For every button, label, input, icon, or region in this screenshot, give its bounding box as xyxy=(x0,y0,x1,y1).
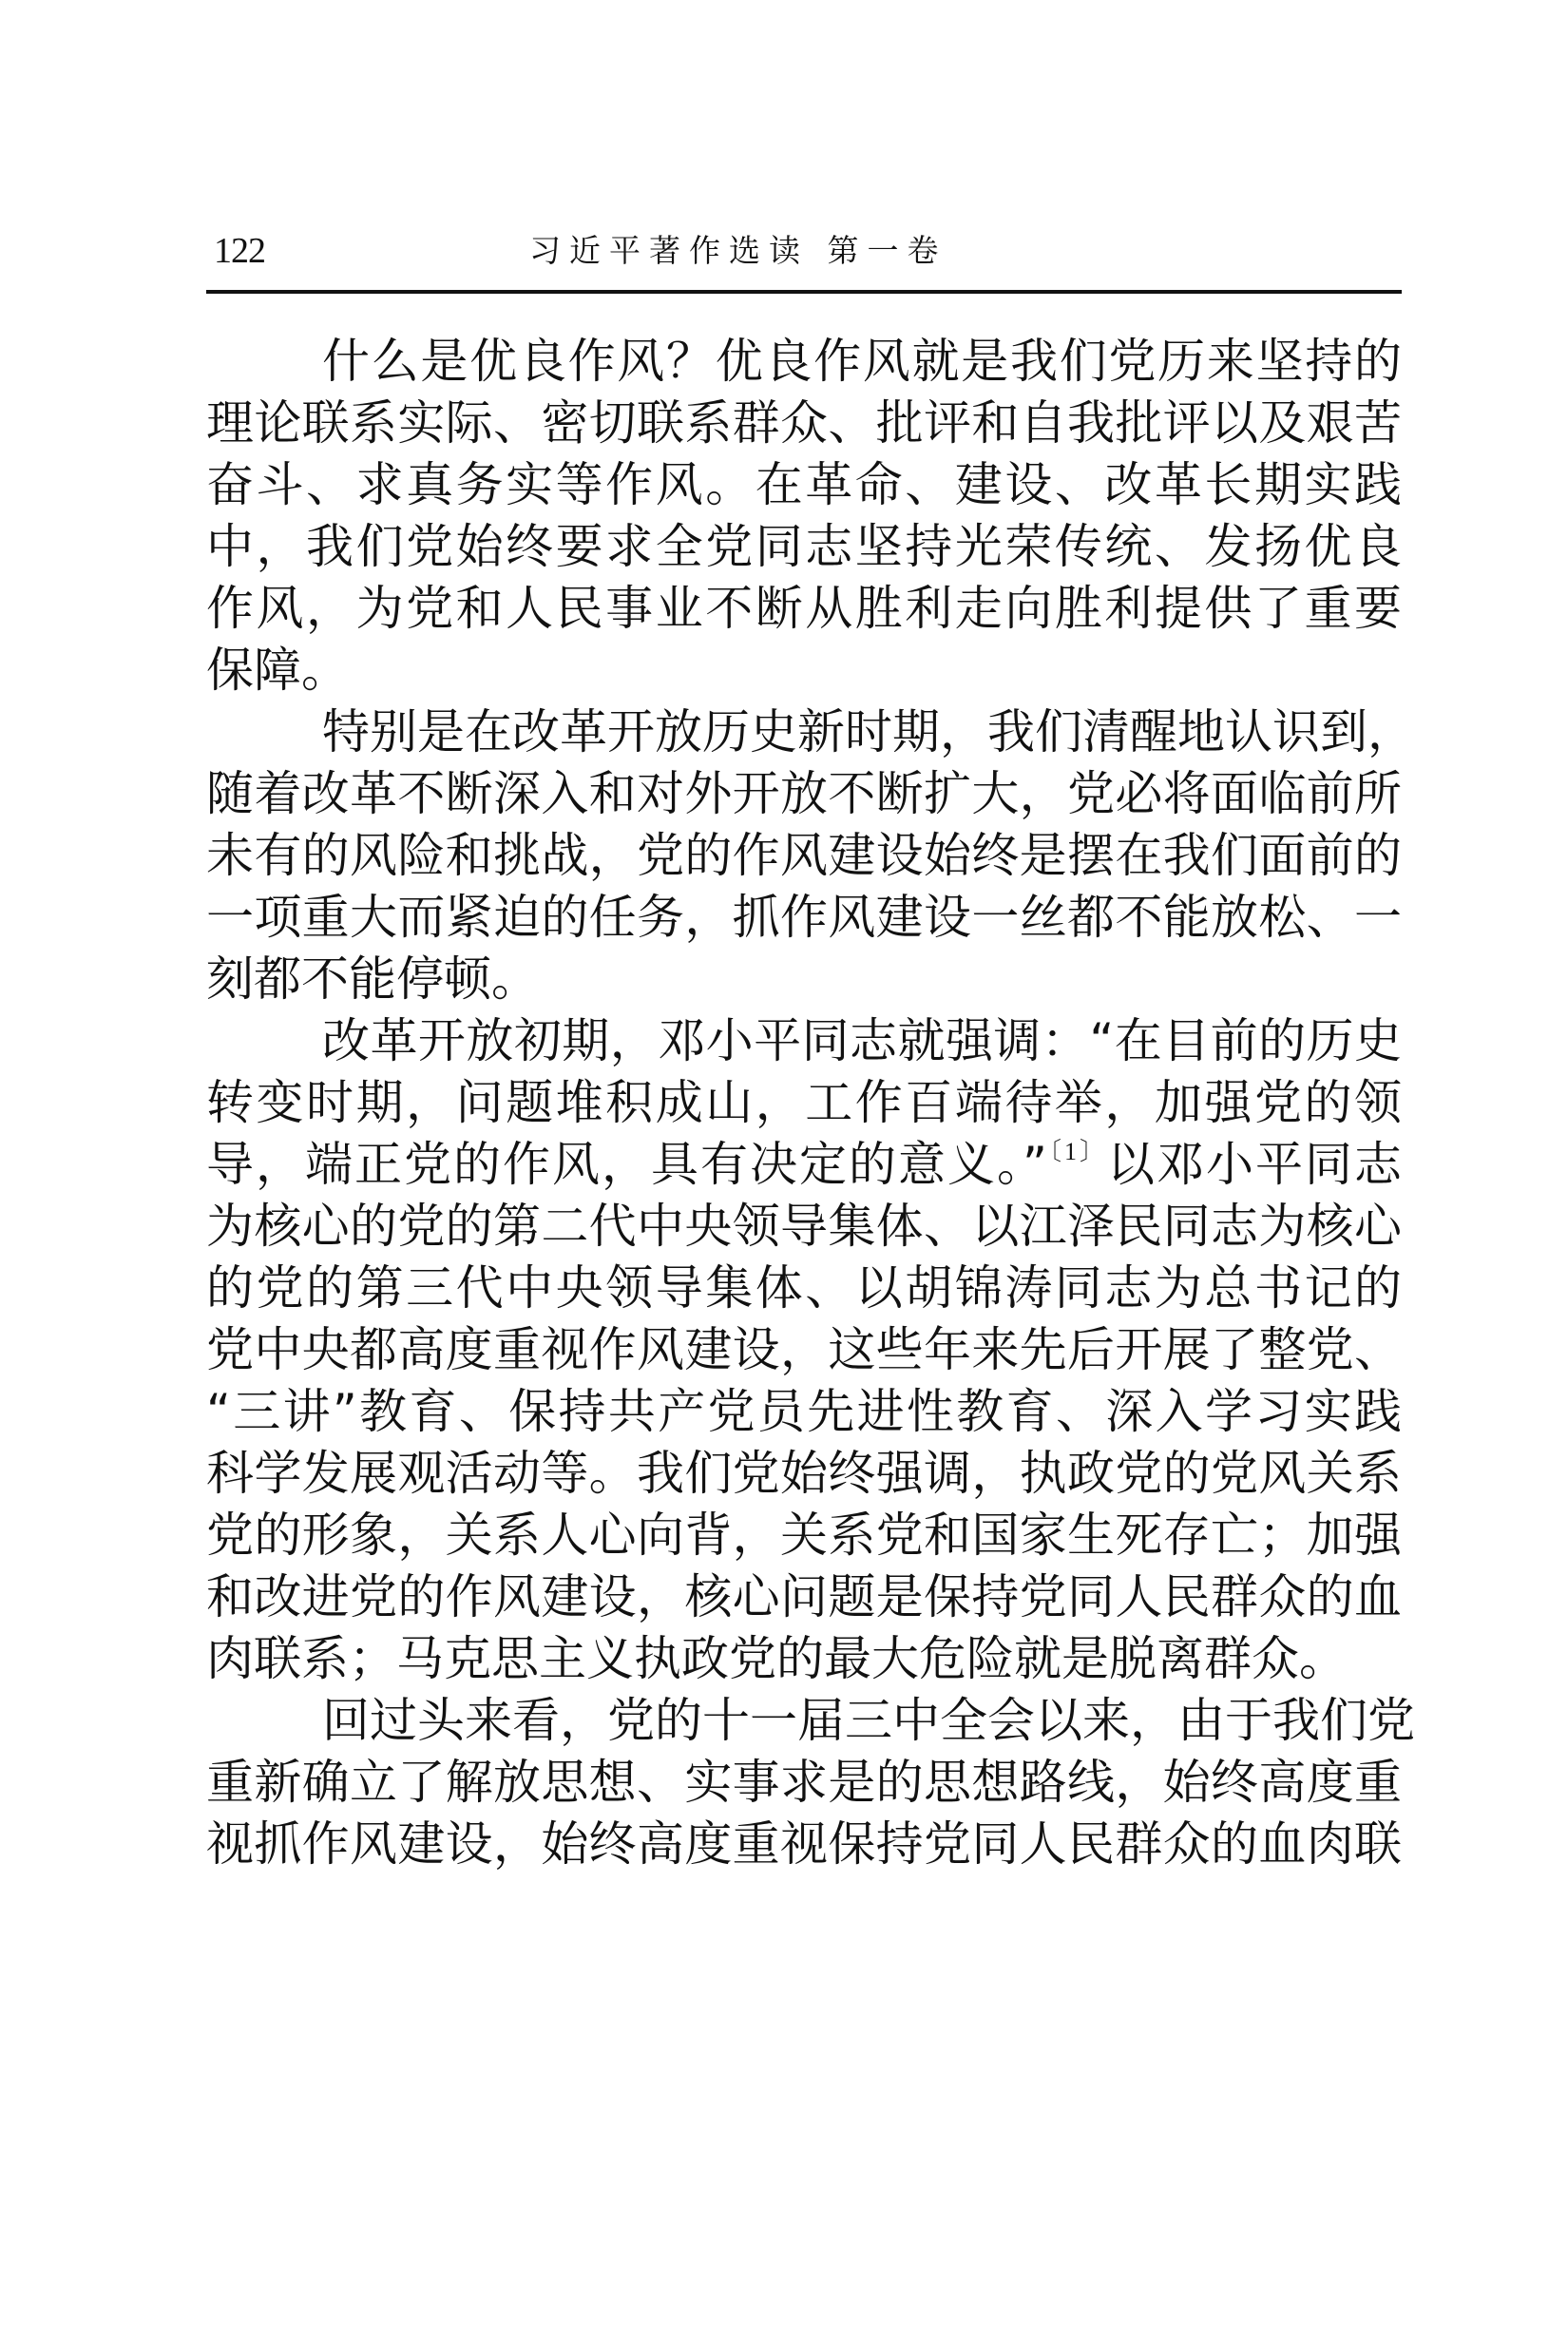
text-line: 刻都不能停顿。 xyxy=(206,949,1402,1010)
page-number: 122 xyxy=(214,226,265,276)
text-line: 为核心的党的第二代中央领导集体、以江泽民同志为核心 xyxy=(206,1196,1402,1258)
footnote-reference[interactable]: 〔1〕 xyxy=(1047,1138,1107,1165)
paragraph: 改革开放初期，邓小平同志就强调：“在目前的历史 转变时期，问题堆积成山，工作百端… xyxy=(206,1010,1402,1690)
book-title: 习近平著作选读 第一卷 xyxy=(529,226,1061,276)
text-line: 视抓作风建设，始终高度重视保持党同人民群众的血肉联 xyxy=(206,1814,1402,1875)
text-line-with-note: 导，端正党的作风，具有决定的意义。”〔1〕以邓小平同志 xyxy=(206,1134,1402,1196)
text-line: 特别是在改革开放历史新时期，我们清醒地认识到， xyxy=(206,701,1402,763)
text-line: 奋斗、求真务实等作风。在革命、建设、改革长期实践 xyxy=(206,454,1402,516)
text-line: 的党的第三代中央领导集体、以胡锦涛同志为总书记的 xyxy=(206,1258,1402,1319)
paragraph: 什么是优良作风？优良作风就是我们党历来坚持的 理论联系实际、密切联系群众、批评和… xyxy=(206,331,1402,701)
text-line: 改革开放初期，邓小平同志就强调：“在目前的历史 xyxy=(206,1010,1402,1072)
text-line: 未有的风险和挑战，党的作风建设始终是摆在我们面前的 xyxy=(206,825,1402,887)
text-line: 肉联系；马克思主义执政党的最大危险就是脱离群众。 xyxy=(206,1628,1402,1690)
text-line: 中，我们党始终要求全党同志坚持光荣传统、发扬优良 xyxy=(206,516,1402,578)
body-text: 什么是优良作风？优良作风就是我们党历来坚持的 理论联系实际、密切联系群众、批评和… xyxy=(206,331,1402,1875)
text-line: 一项重大而紧迫的任务，抓作风建设一丝都不能放松、一 xyxy=(206,887,1402,949)
quote-end-text: 导，端正党的作风，具有决定的意义。” xyxy=(206,1137,1047,1192)
text-line: 转变时期，问题堆积成山，工作百端待举，加强党的领 xyxy=(206,1072,1402,1134)
text-line: “三讲”教育、保持共产党员先进性教育、深入学习实践 xyxy=(206,1381,1402,1443)
text-line: 党的形象，关系人心向背，关系党和国家生死存亡；加强 xyxy=(206,1505,1402,1566)
text-line: 理论联系实际、密切联系群众、批评和自我批评以及艰苦 xyxy=(206,393,1402,454)
paragraph: 回过头来看，党的十一届三中全会以来，由于我们党 重新确立了解放思想、实事求是的思… xyxy=(206,1690,1402,1875)
text-line: 保障。 xyxy=(206,640,1402,701)
running-head: 122 习近平著作选读 第一卷 xyxy=(206,226,1402,283)
text-line: 科学发展观活动等。我们党始终强调，执政党的党风关系 xyxy=(206,1443,1402,1505)
text-line: 随着改革不断深入和对外开放不断扩大，党必将面临前所 xyxy=(206,763,1402,825)
text-line: 党中央都高度重视作风建设，这些年来先后开展了整党、 xyxy=(206,1319,1402,1381)
header-rule xyxy=(206,290,1402,294)
text-line: 回过头来看，党的十一届三中全会以来，由于我们党 xyxy=(206,1690,1402,1752)
text-line: 和改进党的作风建设，核心问题是保持党同人民群众的血 xyxy=(206,1566,1402,1628)
text-line: 作风，为党和人民事业不断从胜利走向胜利提供了重要 xyxy=(206,578,1402,640)
line-tail-text: 以邓小平同志 xyxy=(1107,1137,1402,1192)
paragraph: 特别是在改革开放历史新时期，我们清醒地认识到， 随着改革不断深入和对外开放不断扩… xyxy=(206,701,1402,1010)
text-line: 重新确立了解放思想、实事求是的思想路线，始终高度重 xyxy=(206,1752,1402,1814)
text-line: 什么是优良作风？优良作风就是我们党历来坚持的 xyxy=(206,331,1402,393)
